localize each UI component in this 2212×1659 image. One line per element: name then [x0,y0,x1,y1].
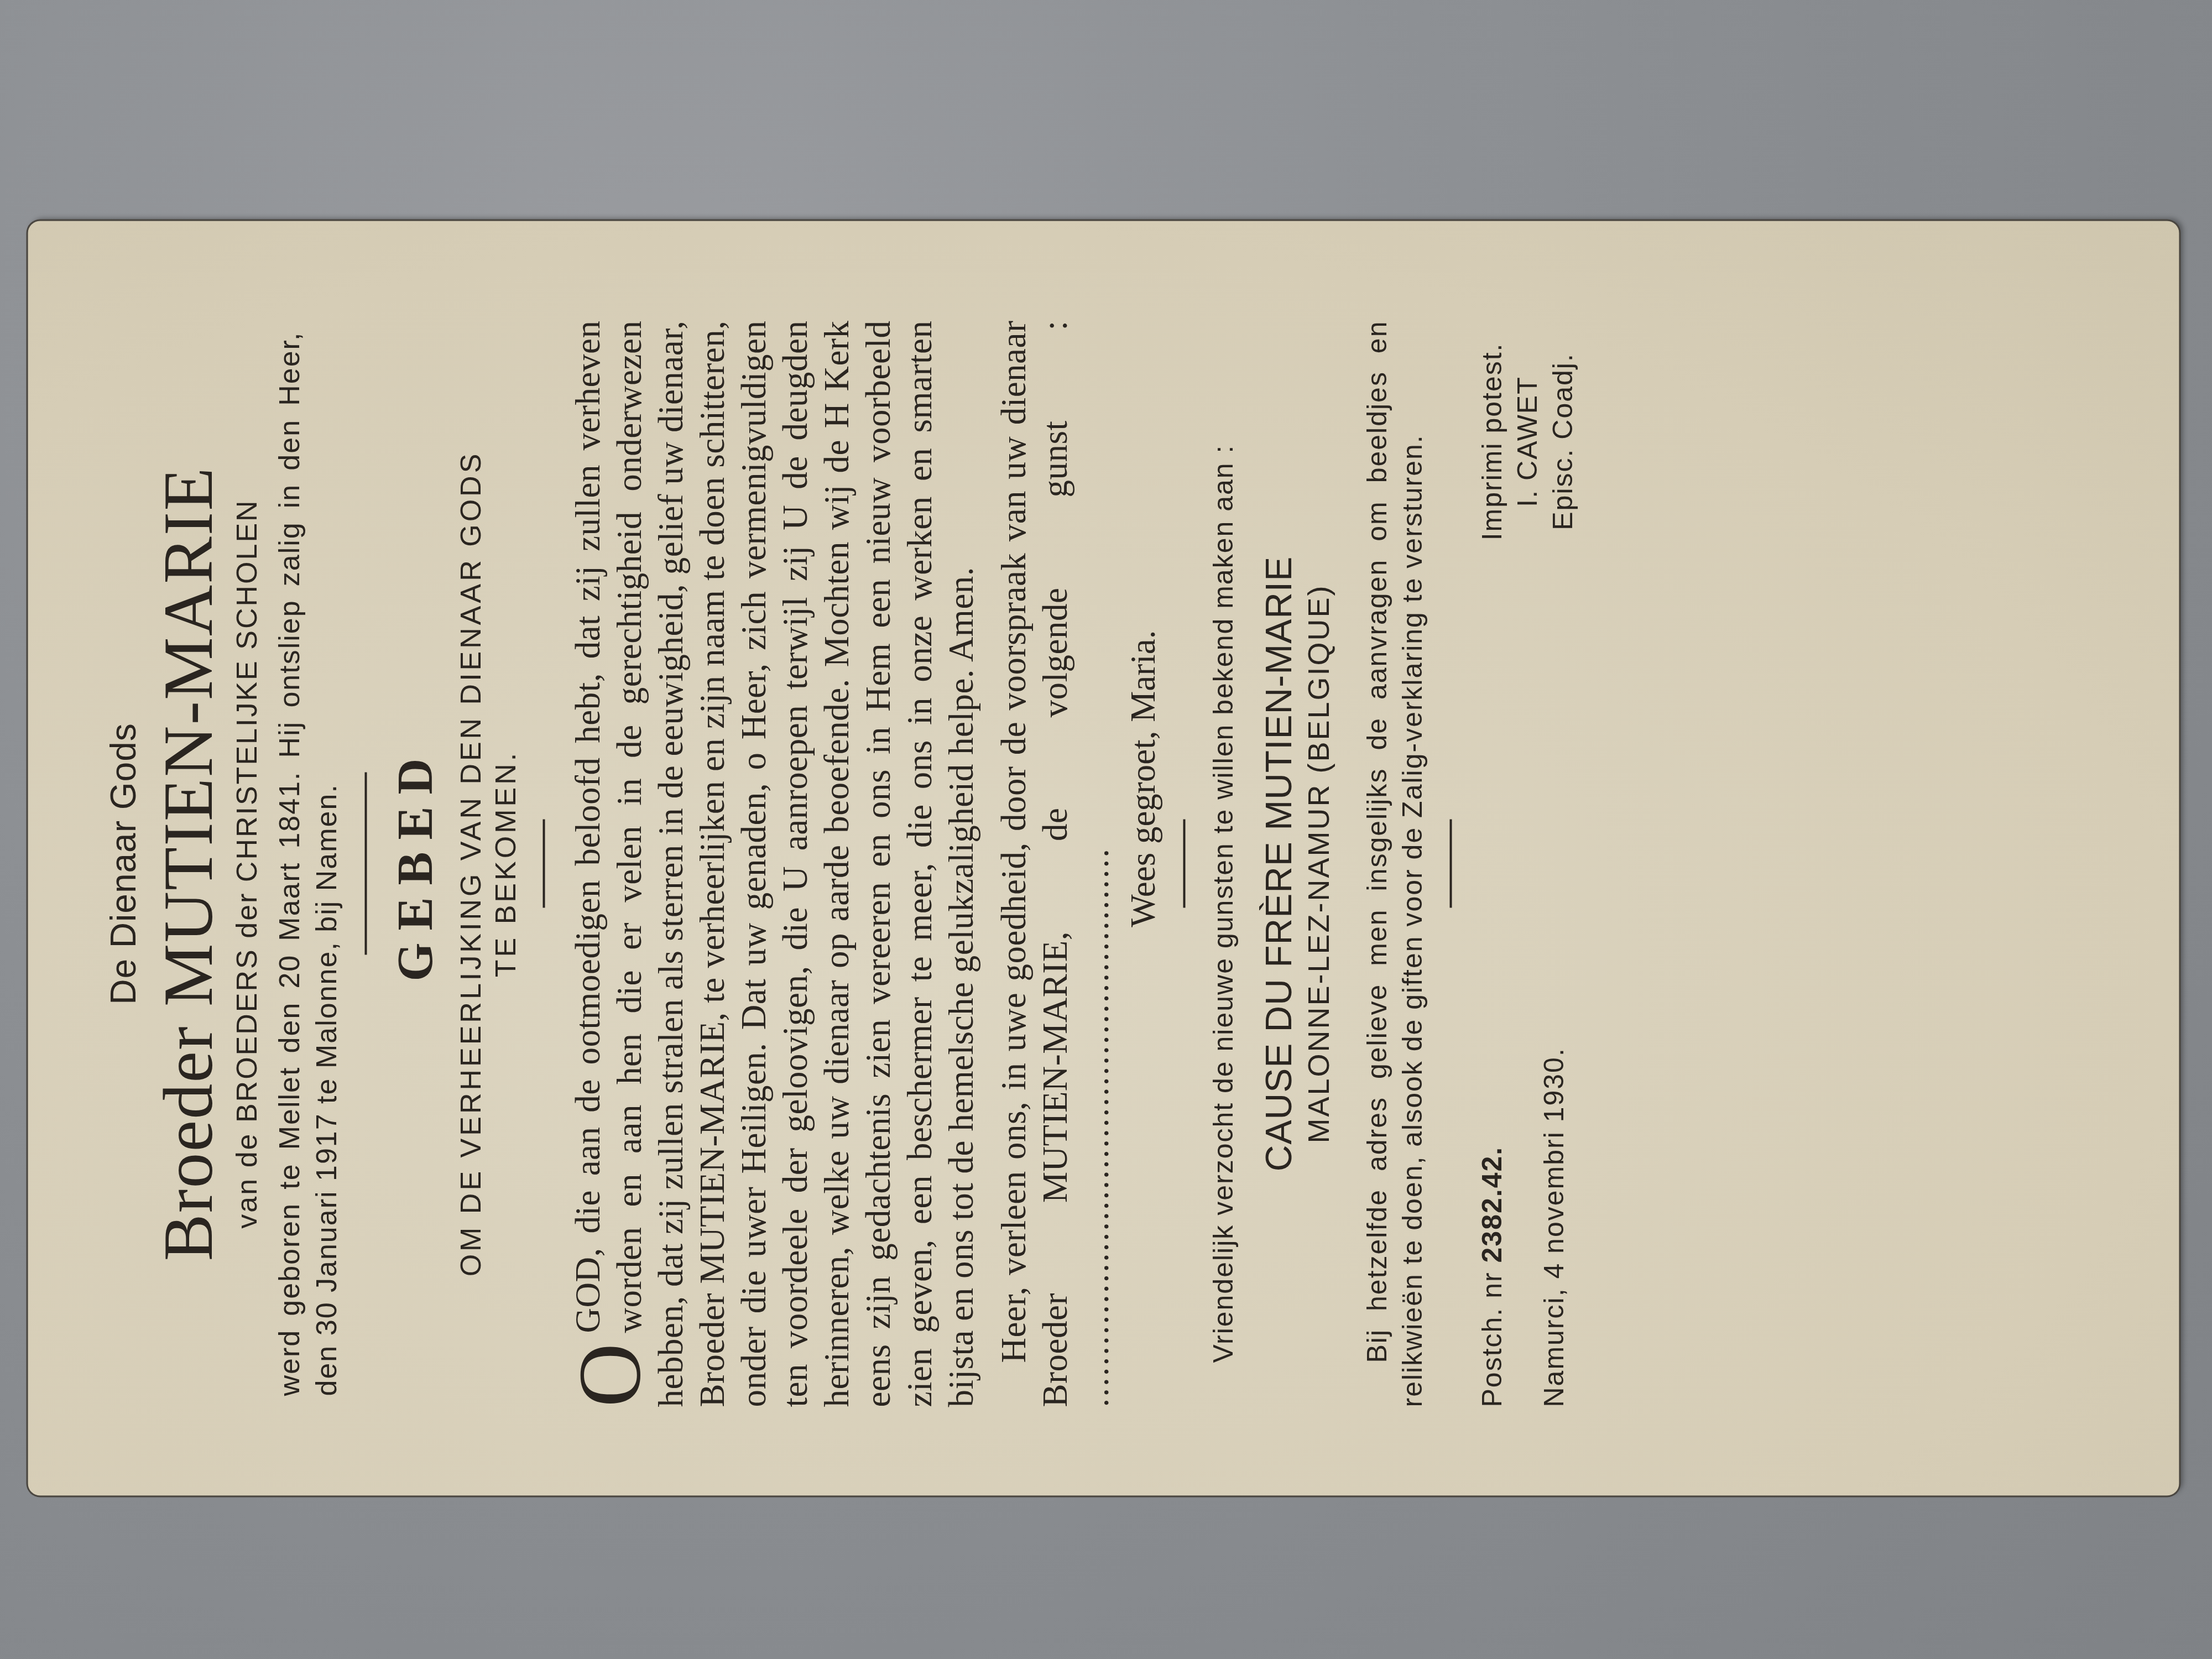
postcheck: Postch. nr 2382.42. [1474,1047,1509,1407]
prayer-body: O GOD, die aan de ootmoedigen beloofd he… [567,321,1117,1407]
divider [542,820,545,908]
imprimatur-line1: Imprimi potest. [1474,343,1509,541]
place-date: Namurci, 4 novembri 1930. [1536,1047,1571,1407]
prayer-subtitle-line2: TE BEKOMEN. [489,750,521,977]
request-text: Vriendelijk verzocht de nieuwe gunsten t… [1205,321,1240,1407]
petition: Heer, verleen ons, in uwe goedheid, door… [993,321,1117,1407]
petition-text: Heer, verleen ons, in uwe goedheid, door… [994,321,1074,1407]
intro-line: De Dienaar Gods [105,321,140,1407]
imprimatur: Imprimi potest. I. CAWET Episc. Coadj. [1474,343,1580,541]
biography: werd geboren te Mellet den 20 Maart 1841… [271,321,345,1407]
imprimatur-line3: Episc. Coadj. [1545,343,1580,541]
divider [1183,820,1185,908]
religious-order: van de BROEDERS der CHRISTELIJKE SCHOLEN [230,321,263,1407]
prayer-subtitle: OM DE VERHEERLIJKING VAN DEN DIENAAR GOD… [453,321,523,1407]
postcheck-number: 2382.42. [1476,1146,1507,1263]
footer-left: Postch. nr 2382.42. Namurci, 4 novembri … [1474,1047,1580,1407]
prayer-card: De Dienaar Gods Broeder MUTIEN-MARIE van… [28,221,2179,1496]
petition-blank: ........................................… [1077,847,1115,1407]
note-text: Bij hetzelfde adres gelieve men insgelij… [1359,321,1430,1407]
prayer-subtitle-line1: OM DE VERHEERLIJKING VAN DEN DIENAAR GOD… [455,451,487,1277]
imprimatur-line2: I. CAWET [1509,343,1545,541]
prayer-text: GOD, die aan de ootmoedigen beloofd hebt… [567,321,982,1407]
cause-address: MALONNE-LEZ-NAMUR (BELGIQUE) [1301,321,1335,1407]
drop-cap: O [571,1343,646,1407]
prayer-heading: GEBED [387,321,444,1407]
divider [364,773,367,955]
ave-maria: Wees gegroet, Maria. [1123,321,1163,1407]
servant-name: Broeder MUTIEN-MARIE [150,321,225,1407]
postcheck-label: Postch. nr [1476,1271,1507,1407]
cause-title: CAUSE DU FRÈRE MUTIEN-MARIE [1257,321,1299,1407]
footer: Postch. nr 2382.42. Namurci, 4 novembri … [1474,321,1580,1407]
divider [1449,820,1452,908]
